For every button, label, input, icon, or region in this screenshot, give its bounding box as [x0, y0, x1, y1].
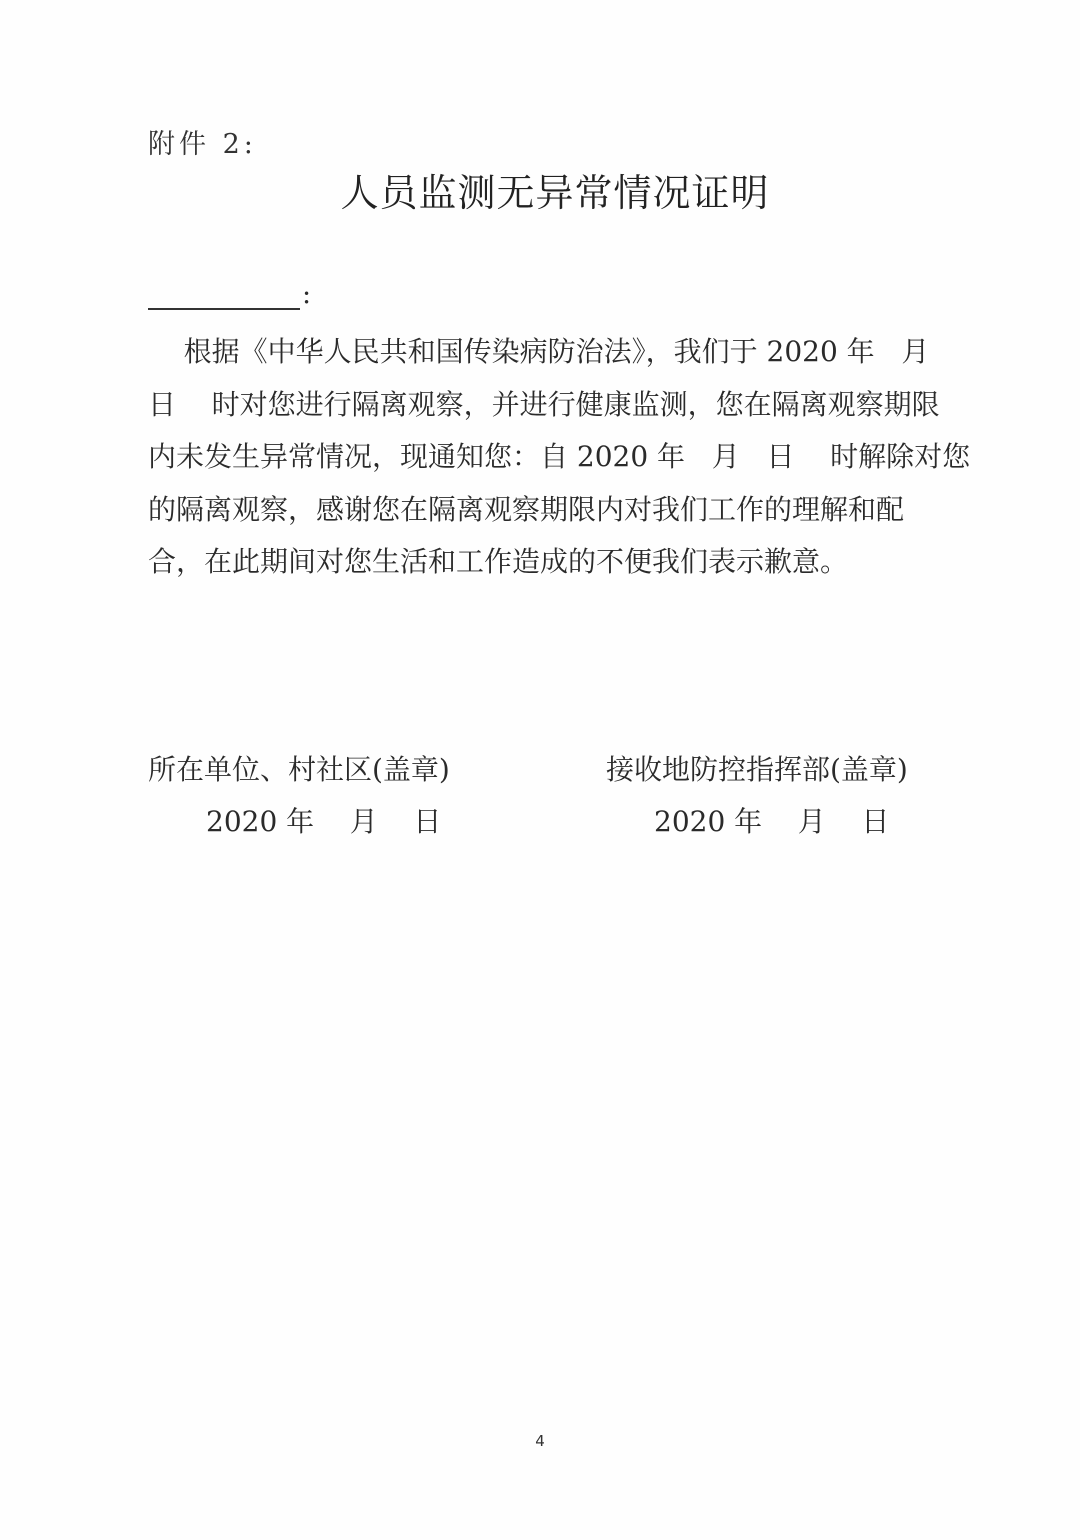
body-line: 合，在此期间对您生活和工作造成的不便我们表示歉意。 — [148, 536, 958, 589]
signature-date: 2020 年 月 日 — [148, 800, 450, 840]
page-number: 4 — [0, 1432, 1080, 1450]
attachment-label: 附件 2: — [148, 122, 257, 161]
signature-label: 接收地防控指挥部(盖章) — [606, 748, 908, 792]
signature-block-command: 接收地防控指挥部(盖章) 2020 年 月 日 — [606, 748, 908, 840]
signature-date: 2020 年 月 日 — [606, 800, 908, 840]
addressee: : — [148, 280, 311, 310]
signature-block-unit: 所在单位、村社区(盖章) 2020 年 月 日 — [148, 748, 450, 840]
document-title: 人员监测无异常情况证明 — [0, 162, 1080, 217]
body-line: 根据《中华人民共和国传染病防治法》，我们于 2020 年 月 — [148, 326, 958, 379]
body-line: 日 时对您进行隔离观察，并进行健康监测，您在隔离观察期限 — [148, 379, 958, 432]
addressee-blank-line — [148, 282, 300, 310]
signature-label: 所在单位、村社区(盖章) — [148, 748, 450, 792]
body-line: 的隔离观察，感谢您在隔离观察期限内对我们工作的理解和配 — [148, 484, 958, 537]
body-line: 内未发生异常情况，现通知您：自 2020 年 月 日 时解除对您 — [148, 431, 958, 484]
document-page: 附件 2: 人员监测无异常情况证明 : 根据《中华人民共和国传染病防治法》，我们… — [0, 0, 1080, 1540]
addressee-colon: : — [302, 280, 311, 310]
body-paragraph: 根据《中华人民共和国传染病防治法》，我们于 2020 年 月 日 时对您进行隔离… — [148, 326, 958, 589]
